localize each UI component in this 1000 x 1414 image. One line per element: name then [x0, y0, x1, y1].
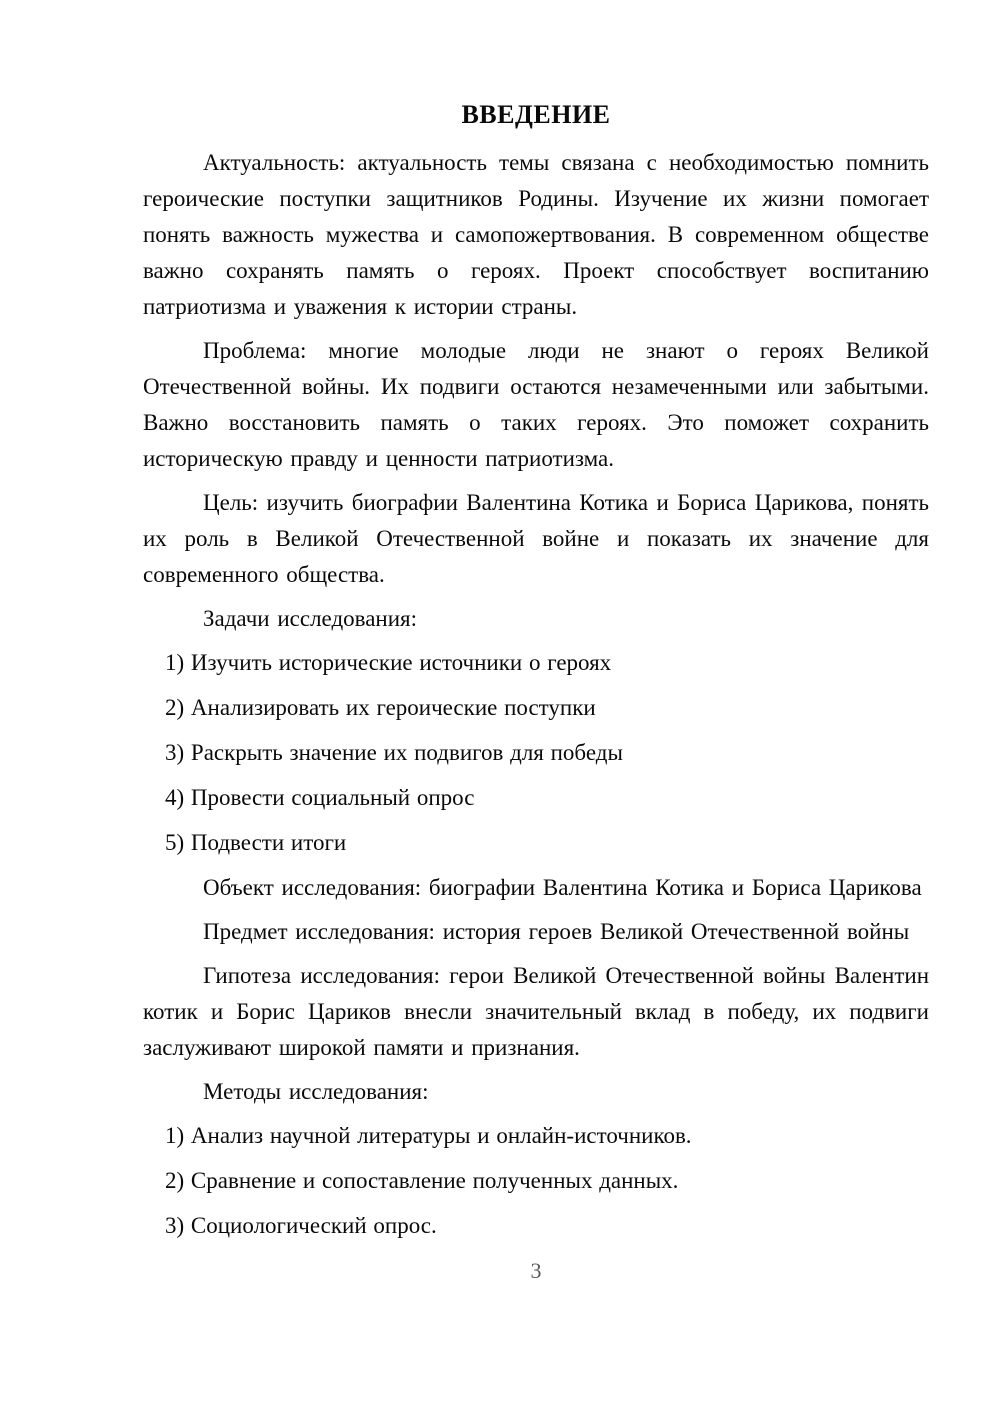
page-number: 3	[143, 1253, 929, 1289]
task-item-4: 4) Провести социальный опрос	[143, 780, 929, 816]
paragraph-goal: Цель: изучить биографии Валентина Котика…	[143, 485, 929, 593]
task-item-3: 3) Раскрыть значение их подвигов для поб…	[143, 735, 929, 771]
method-item-3: 3) Социологический опрос.	[143, 1208, 929, 1244]
task-item-5: 5) Подвести итоги	[143, 825, 929, 861]
paragraph-subject: Предмет исследования: история героев Вел…	[143, 914, 929, 950]
tasks-list: 1) Изучить исторические источники о геро…	[143, 645, 929, 861]
task-item-2: 2) Анализировать их героические поступки	[143, 690, 929, 726]
paragraph-hypothesis: Гипотеза исследования: герои Великой Оте…	[143, 958, 929, 1066]
methods-heading: Методы исследования:	[143, 1074, 929, 1110]
method-item-1: 1) Анализ научной литературы и онлайн-ис…	[143, 1118, 929, 1154]
paragraph-problem: Проблема: многие молодые люди не знают о…	[143, 333, 929, 477]
task-item-1: 1) Изучить исторические источники о геро…	[143, 645, 929, 681]
page-title: ВВЕДЕНИЕ	[143, 97, 929, 133]
paragraph-object: Объект исследования: биографии Валентина…	[143, 870, 929, 906]
document-page: { "document": { "title": "ВВЕДЕНИЕ", "pa…	[0, 0, 1000, 1414]
page-content: ВВЕДЕНИЕ Актуальность: актуальность темы…	[143, 97, 929, 1289]
method-item-2: 2) Сравнение и сопоставление полученных …	[143, 1163, 929, 1199]
methods-list: 1) Анализ научной литературы и онлайн-ис…	[143, 1118, 929, 1244]
paragraph-actuality: Актуальность: актуальность темы связана …	[143, 145, 929, 325]
tasks-heading: Задачи исследования:	[143, 601, 929, 637]
